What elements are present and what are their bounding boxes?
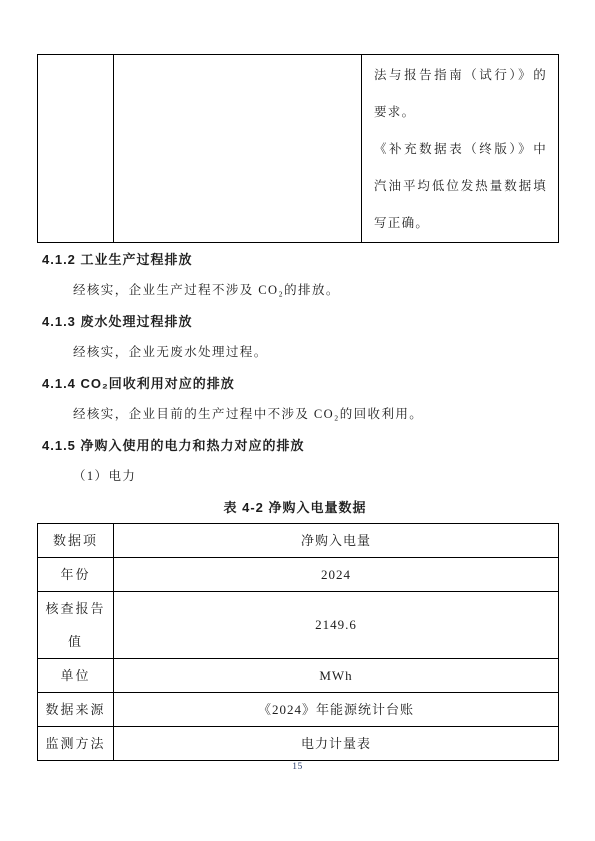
list-item-electricity: （1）电力	[42, 461, 558, 492]
conclusion-paragraph-1: 法与报告指南（试行）》的要求。	[374, 57, 547, 131]
row-label-monitoring-method: 监测方法	[38, 727, 114, 761]
table-row: 年份 2024	[38, 558, 559, 592]
table-4-2-caption: 表 4-2 净购入电量数据	[37, 492, 553, 523]
table-row: 数据来源 《2024》年能源统计台账	[38, 693, 559, 727]
row-label-data-item: 数据项	[38, 524, 114, 558]
review-table-cell-empty-1	[38, 55, 114, 243]
electricity-data-table: 数据项 净购入电量 年份 2024 核查报告值 2149.6 单位 MWh 数据…	[37, 523, 559, 761]
section-heading-4-1-5: 4.1.5 净购入使用的电力和热力对应的排放	[42, 430, 558, 461]
row-value-data-source: 《2024》年能源统计台账	[114, 693, 559, 727]
review-conclusion-table: 法与报告指南（试行）》的要求。 《补充数据表（终版）》中汽油平均低位发热量数据填…	[37, 54, 559, 243]
row-value-verified-value: 2149.6	[114, 592, 559, 659]
row-label-verified-value: 核查报告值	[38, 592, 114, 659]
section-heading-4-1-3: 4.1.3 废水处理过程排放	[42, 306, 558, 337]
row-label-data-source: 数据来源	[38, 693, 114, 727]
table-row: 监测方法 电力计量表	[38, 727, 559, 761]
row-value-data-item: 净购入电量	[114, 524, 559, 558]
section-body-4-1-4: 经核实，企业目前的生产过程中不涉及 CO₂的回收利用。	[42, 399, 558, 430]
table-row: 数据项 净购入电量	[38, 524, 559, 558]
review-table-conclusion-cell: 法与报告指南（试行）》的要求。 《补充数据表（终版）》中汽油平均低位发热量数据填…	[362, 55, 559, 243]
review-table-cell-empty-2	[114, 55, 362, 243]
table-row: 法与报告指南（试行）》的要求。 《补充数据表（终版）》中汽油平均低位发热量数据填…	[38, 55, 559, 243]
row-value-year: 2024	[114, 558, 559, 592]
report-sections: 4.1.2 工业生产过程排放 经核实，企业生产过程不涉及 CO₂的排放。 4.1…	[42, 244, 558, 523]
table-row: 单位 MWh	[38, 659, 559, 693]
document-page: 法与报告指南（试行）》的要求。 《补充数据表（终版）》中汽油平均低位发热量数据填…	[0, 0, 595, 841]
section-heading-4-1-2: 4.1.2 工业生产过程排放	[42, 244, 558, 275]
row-value-unit: MWh	[114, 659, 559, 693]
conclusion-paragraph-2: 《补充数据表（终版）》中汽油平均低位发热量数据填写正确。	[374, 131, 547, 242]
row-value-monitoring-method: 电力计量表	[114, 727, 559, 761]
table-row: 核查报告值 2149.6	[38, 592, 559, 659]
page-number: 15	[0, 762, 595, 772]
section-body-4-1-3: 经核实，企业无废水处理过程。	[42, 337, 558, 368]
row-label-unit: 单位	[38, 659, 114, 693]
section-body-4-1-2: 经核实，企业生产过程不涉及 CO₂的排放。	[42, 275, 558, 306]
row-label-year: 年份	[38, 558, 114, 592]
section-heading-4-1-4: 4.1.4 CO₂回收利用对应的排放	[42, 368, 558, 399]
